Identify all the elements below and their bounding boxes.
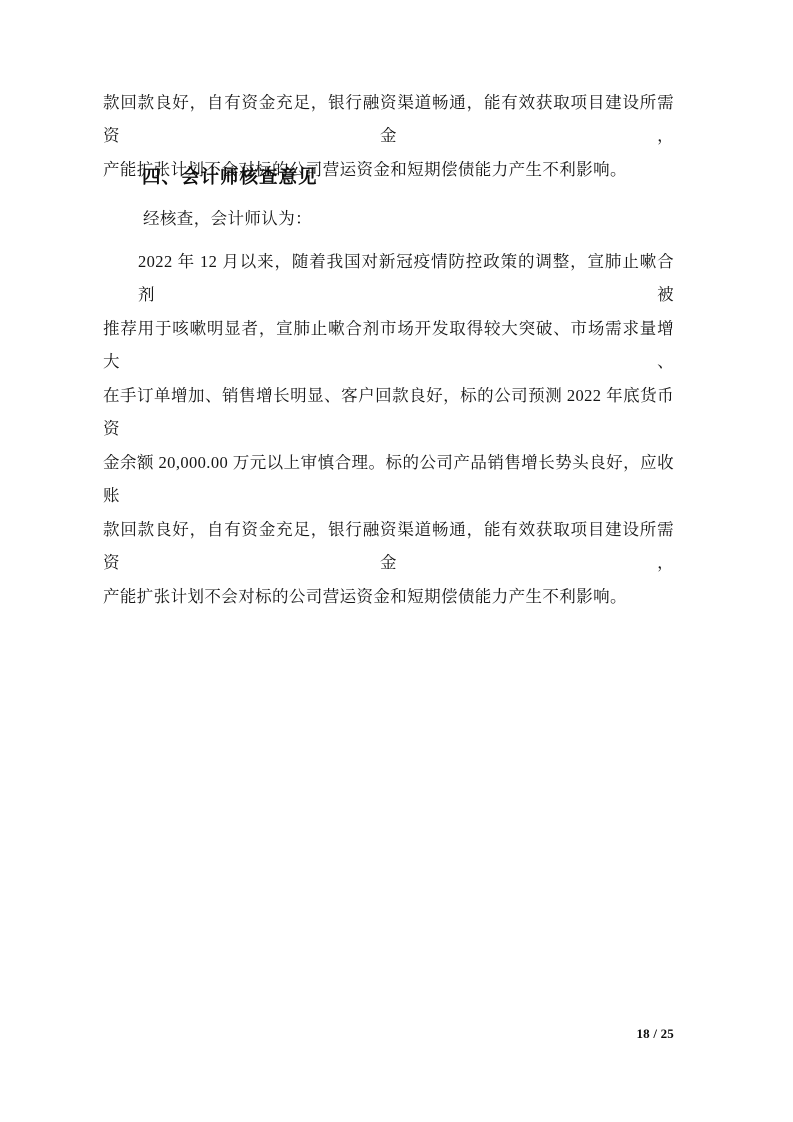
- intro-line: 经核查，会计师认为：: [103, 202, 674, 235]
- paragraph-opinion: 2022 年 12 月以来，随着我国对新冠疫情防控政策的调整，宣肺止嗽合剂被 推…: [103, 245, 674, 613]
- text-line: 推荐用于咳嗽明显者，宣肺止嗽合剂市场开发取得较大突破、市场需求量增大、: [103, 312, 674, 379]
- text-line: 经核查，会计师认为：: [103, 202, 674, 235]
- text-line: 产能扩张计划不会对标的公司营运资金和短期偿债能力产生不利影响。: [103, 580, 674, 613]
- document-page: 款回款良好，自有资金充足，银行融资渠道畅通，能有效获取项目建设所需资金， 产能扩…: [0, 0, 793, 1122]
- text-line: 款回款良好，自有资金充足，银行融资渠道畅通，能有效获取项目建设所需资金，: [103, 86, 674, 153]
- section-heading: 四、会计师核查意见: [103, 161, 674, 195]
- page-number: 18 / 25: [103, 1026, 674, 1042]
- text-line: 金余额 20,000.00 万元以上审慎合理。标的公司产品销售增长势头良好，应收…: [103, 446, 674, 513]
- text-line: 款回款良好，自有资金充足，银行融资渠道畅通，能有效获取项目建设所需资金，: [103, 513, 674, 580]
- text-line: 在手订单增加、销售增长明显、客户回款良好，标的公司预测 2022 年底货币资: [103, 379, 674, 446]
- text-line: 2022 年 12 月以来，随着我国对新冠疫情防控政策的调整，宣肺止嗽合剂被: [103, 245, 674, 312]
